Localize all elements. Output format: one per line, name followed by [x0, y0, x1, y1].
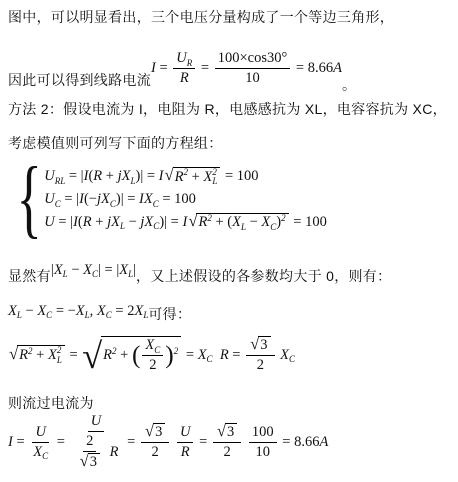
math-token: 2 [28, 346, 33, 356]
fraction-numerator: 100×cos30° [215, 50, 291, 69]
math-token: )| = [135, 168, 158, 185]
formula-reactance-relation: XL − XC = −XL, XC = 2XL [8, 303, 148, 320]
fraction: √32 [246, 336, 274, 374]
math-token: = [123, 434, 138, 451]
math-token: = [156, 60, 171, 77]
math-token: = [292, 60, 307, 77]
math-token: X [48, 347, 57, 364]
period-mark: 。 [342, 75, 356, 95]
sqrt-sign-icon: √ [82, 340, 102, 373]
math-token: C [92, 269, 98, 279]
fraction-numerator: XC [142, 337, 163, 356]
math-token: − [68, 262, 83, 279]
paragraph-obvious-suffix: ，又上述假设的各参数均大于 0，则有： [136, 266, 391, 286]
sqrt-sign-icon: √ [165, 167, 174, 184]
math-token: R [220, 347, 229, 364]
math-token: − [125, 214, 140, 231]
fraction-numerator: √3 [213, 423, 241, 443]
math-token: 2 [207, 213, 212, 223]
sqrt-body: 3 [88, 453, 100, 471]
fraction: XC2 [142, 337, 163, 374]
math-token: + [92, 214, 107, 231]
sqrt-sign-icon: √ [145, 423, 154, 440]
math-token: L [17, 310, 22, 320]
math-token: jX [118, 168, 131, 185]
fraction: √32 [213, 423, 241, 461]
math-token: = 2 [112, 303, 135, 320]
math-token: X [203, 169, 212, 186]
math-subscript: L [57, 356, 62, 365]
math-token: X [37, 303, 46, 320]
sup-sub-stack: 2L [212, 168, 217, 187]
fraction-denominator: √3 [76, 452, 104, 471]
math-token: C [289, 354, 295, 364]
fraction: 2√3 [76, 433, 104, 471]
paragraph-line-current-prefix: 因此可以得到线路电流 [8, 70, 151, 90]
math-token: C [42, 451, 48, 461]
math-subscript: L [212, 177, 217, 186]
math-token: = | [55, 214, 73, 231]
math-token: X [54, 262, 63, 279]
paragraph-obvious-prefix: 显然有 [8, 266, 51, 286]
line-current-row: 因此可以得到线路电流 I = URR = 100×cos30°10 = 8.66… [8, 50, 356, 87]
math-token: C [153, 221, 159, 231]
sqrt-body: R2 + X2L [17, 345, 65, 365]
fraction-numerator: U [88, 413, 104, 432]
math-token: 10 [245, 70, 260, 87]
math-token: 8.66 [308, 60, 333, 77]
fraction-denominator: R [178, 443, 193, 461]
math-token: 100×cos30° [218, 50, 288, 67]
paragraph-method-2: 方法 2：假设电流为 I，电阻为 R，电感感抗为 XL，电容容抗为 XC， [8, 99, 447, 119]
fraction: UXC [30, 424, 51, 461]
paragraph-current-intro: 则流过电流为 [8, 393, 94, 413]
math-token: )| = [159, 214, 182, 231]
equation-system: { URL = |I(R + jXL)| = I√R2 + X2L = 100 … [8, 157, 327, 241]
final-current-row: I = UXC = U2√3 R = √32 UR = √32 10010 = … [8, 413, 328, 471]
math-token: R [181, 444, 190, 461]
math-token [213, 347, 220, 364]
math-token: = | [61, 191, 79, 208]
reactance-relation-row: XL − XC = −XL, XC = 2XL 可得： [8, 301, 191, 321]
math-token: 2 [257, 357, 264, 374]
fraction-denominator: 2 [149, 443, 162, 461]
math-token: )| = [116, 191, 139, 208]
math-token: 2 [223, 444, 230, 461]
fraction-numerator: √3 [246, 336, 274, 356]
math-token: X [280, 347, 289, 364]
paragraph-triangle-statement: 图中，可以明显看出，三个电压分量构成了一个等边三角形， [8, 7, 394, 27]
sup-sub-stack: 2L [57, 346, 62, 365]
math-token: X [97, 303, 106, 320]
sqrt-sign-icon: √ [9, 346, 18, 363]
math-token: I [182, 214, 187, 231]
math-token: C [55, 199, 61, 209]
fraction-denominator: XC [30, 443, 51, 461]
math-token: 2 [112, 346, 117, 356]
math-token: X [8, 303, 17, 320]
math-token: A [333, 60, 342, 77]
math-token: RL [55, 176, 66, 186]
sqrt-sign-icon: √ [250, 336, 259, 353]
math-token: = [195, 434, 210, 451]
math-token: U [180, 424, 190, 441]
math-token: L [130, 176, 135, 186]
math-token: U [44, 191, 54, 208]
document-page: 图中，可以明显看出，三个电压分量构成了一个等边三角形， 因此可以得到线路电流 I… [0, 0, 458, 482]
formula-final-current: I = UXC = U2√3 R = √32 UR = √32 10010 = … [8, 413, 328, 471]
math-token: L [241, 222, 246, 232]
math-token: 3 [260, 337, 267, 354]
sqrt-sign-icon: √ [217, 423, 226, 440]
fraction: U2√3 R [71, 413, 122, 471]
math-token: I [159, 168, 164, 185]
fraction-numerator: √3 [141, 423, 169, 443]
math-token: 10 [256, 444, 271, 461]
math-token: + ( [212, 214, 232, 231]
math-token: X [145, 337, 154, 354]
math-token: C [270, 222, 276, 232]
math-token: R [110, 444, 119, 461]
math-token: U [35, 424, 45, 441]
math-token: + [102, 168, 117, 185]
math-token: L [128, 269, 133, 279]
sqrt-radical: √R2 + X2L [165, 167, 221, 187]
math-token: 2 [184, 167, 189, 177]
fraction-numerator: U [177, 424, 193, 443]
math-token: IX [139, 191, 153, 208]
math-token: = [66, 347, 81, 364]
math-token: 2 [281, 213, 286, 223]
equation-url: URL = |I(R + jXL)| = I√R2 + X2L = 100 [44, 167, 327, 187]
fraction: URR [173, 50, 195, 87]
math-token: C [153, 199, 159, 209]
paragraph-kede-suffix: 可得： [148, 304, 191, 324]
math-token: X [134, 303, 143, 320]
math-token: + [117, 347, 132, 364]
math-token: = [279, 434, 294, 451]
fraction: UR [177, 424, 193, 461]
math-token: U [176, 50, 186, 67]
math-token: U [44, 168, 54, 185]
math-token: ( [132, 343, 140, 368]
math-token: = 100 [290, 214, 327, 231]
equation-u: U = |I(R + jXL − jXC)| = I√R2 + (XL − XC… [44, 213, 327, 231]
math-token: 100 [252, 424, 274, 441]
math-token [171, 434, 175, 451]
fraction-denominator: 2 [254, 356, 267, 374]
math-token: C [110, 199, 116, 209]
fraction: 100×cos30°10 [215, 50, 291, 87]
math-token: = − [52, 303, 76, 320]
math-token: jX [140, 214, 153, 231]
sqrt-radical: √3 [217, 423, 237, 441]
sqrt-body: R2 + (XC2)2 [101, 336, 181, 374]
sqrt-body: 3 [258, 336, 270, 354]
math-token: = [229, 347, 244, 364]
math-token: X [76, 303, 85, 320]
math-token: X [232, 214, 241, 231]
math-token: jX [97, 191, 110, 208]
math-token: A [319, 434, 328, 451]
fraction: √32 [141, 423, 169, 461]
fraction-denominator: 10 [253, 443, 274, 461]
equation-uc: UC = |I(−jXC)| = IXC = 100 [44, 191, 327, 208]
math-token: = 100 [159, 191, 196, 208]
math-token: + [33, 347, 48, 364]
obvious-statement-row: 显然有 |XL − XC| = |XL| ，又上述假设的各参数均大于 0，则有： [8, 260, 391, 280]
fraction-denominator: 2√3 R [71, 432, 122, 471]
math-token: 3 [227, 424, 234, 441]
fraction: 10010 [249, 424, 277, 461]
formula-line-current: I = URR = 100×cos30°10 = 8.66A [151, 50, 342, 87]
math-token: (− [84, 191, 97, 208]
math-token: L [85, 310, 90, 320]
math-token: 2 [86, 433, 93, 450]
math-token: − [22, 303, 37, 320]
math-token: = | [65, 168, 83, 185]
sqrt-body: 3 [153, 423, 165, 441]
math-token: X [83, 262, 92, 279]
math-token: R [175, 169, 184, 186]
left-brace-icon: { [16, 157, 41, 241]
math-token: ) [165, 343, 173, 368]
math-token: = [197, 60, 212, 77]
math-token: C [106, 310, 112, 320]
equation-system-lines: URL = |I(R + jXL)| = I√R2 + X2L = 100 UC… [44, 167, 327, 232]
math-token: 2 [152, 444, 159, 461]
math-token: = [13, 434, 28, 451]
math-token: 3 [90, 454, 97, 471]
math-token [243, 434, 247, 451]
math-token: = [53, 434, 68, 451]
math-token: X [119, 262, 128, 279]
math-token: , [90, 303, 97, 320]
math-token: X [261, 214, 270, 231]
sqrt-body: 3 [225, 423, 237, 441]
math-token: X [33, 444, 42, 461]
sqrt-body: R2 + X2L [173, 167, 221, 187]
math-token: R [198, 214, 207, 231]
math-token: C [207, 354, 213, 364]
math-token: L [63, 269, 68, 279]
math-token: C [46, 310, 52, 320]
sqrt-radical: √3 [250, 336, 270, 354]
fraction-denominator: 2 [146, 356, 159, 374]
math-token: − [246, 214, 261, 231]
math-token: L [120, 221, 125, 231]
sqrt-radical: √3 [145, 423, 165, 441]
math-token: R [93, 168, 102, 185]
math-token: 2 [174, 346, 179, 356]
math-token: R [83, 214, 92, 231]
math-token: U [91, 413, 101, 430]
math-token: U [44, 214, 54, 231]
math-token: R [187, 58, 193, 68]
sqrt-sign-icon: √ [80, 453, 89, 470]
math-token: R [19, 347, 28, 364]
fraction-numerator: UR [173, 50, 195, 69]
fraction-numerator: U [32, 424, 48, 443]
math-token: R [180, 70, 189, 87]
math-token: + [188, 169, 203, 186]
math-token: 8.66 [294, 434, 319, 451]
sqrt-radical: √R2 + (XC2)2 [82, 336, 181, 374]
math-token: jX [107, 214, 120, 231]
math-token: 3 [155, 424, 162, 441]
fraction-denominator: 10 [242, 69, 263, 87]
sqrt-sign-icon: √ [188, 213, 197, 230]
formula-abs-equality: |XL − XC| = |XL| [51, 262, 136, 279]
sqrt-body: R2 + (XL − XC)2 [196, 213, 288, 231]
fraction-numerator: 100 [249, 424, 277, 443]
math-token: | = | [98, 262, 119, 279]
sqrt-relation-row: √R2 + X2L = √R2 + (XC2)2 = XC R = √32 XC [8, 336, 295, 374]
formula-sqrt-relation: √R2 + X2L = √R2 + (XC2)2 = XC R = √32 XC [8, 336, 295, 374]
fraction-denominator: 2 [220, 443, 233, 461]
sqrt-radical: √R2 + X2L [9, 345, 65, 365]
fraction-denominator: R [177, 69, 192, 87]
sqrt-radical: √3 [80, 453, 100, 471]
math-token: X [198, 347, 207, 364]
sqrt-radical: √R2 + (XL − XC)2 [188, 213, 288, 231]
math-token: = [182, 347, 197, 364]
fraction-numerator: 2 [83, 433, 96, 452]
math-token: R [103, 347, 112, 364]
math-token: = 100 [221, 168, 258, 185]
math-token: C [154, 345, 160, 355]
math-token: 2 [149, 357, 156, 374]
